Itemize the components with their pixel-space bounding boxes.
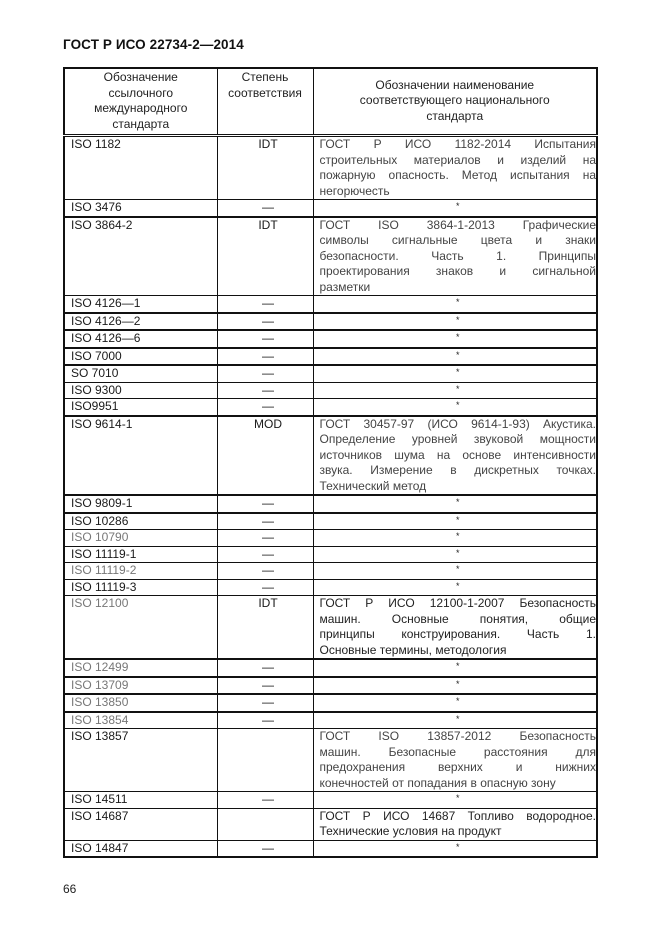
- degree-cell: —: [217, 313, 313, 331]
- reference-standard-cell: ISO 4126—6: [64, 330, 217, 348]
- col-header-degree: Степеньсоответствия: [217, 68, 313, 136]
- degree-cell: —: [217, 694, 313, 712]
- national-standard-line: ГОСТ Р ИСО 1182-2014 Испытания: [320, 137, 597, 153]
- table-row: ISO 12499—*: [64, 659, 597, 677]
- header-line: международного: [67, 101, 215, 117]
- reference-standard-cell: ISO 12499: [64, 659, 217, 677]
- national-standard-line: конечностей от попадания в опасную зону: [320, 776, 597, 792]
- degree-cell: —: [217, 677, 313, 695]
- table-row: ISO 14511—*: [64, 792, 597, 809]
- degree-cell: [217, 729, 313, 792]
- reference-standard-cell: ISO 3864-2: [64, 217, 217, 296]
- national-standard-cell: *: [313, 712, 597, 729]
- table-row: ISO 4126—1—*: [64, 296, 597, 313]
- degree-cell: —: [217, 563, 313, 580]
- table-row: ISO 14847—*: [64, 840, 597, 857]
- table-header-row: Обозначениессылочногомеждународногостанд…: [64, 68, 597, 136]
- reference-standard-cell: ISO 13850: [64, 694, 217, 712]
- table-row: ISO 14687ГОСТ Р ИСО 14687 Топливо водоро…: [64, 808, 597, 840]
- national-standard-line: пожарную опасность. Метод испытания на: [320, 168, 597, 184]
- table-row: ISO 9614-1MODГОСТ 30457-97 (ИСО 9614-1-9…: [64, 416, 597, 496]
- national-standard-line: предохранения верхних и нижних: [320, 760, 597, 776]
- table-row: ISO 13854—*: [64, 712, 597, 729]
- national-standard-cell: *: [313, 694, 597, 712]
- table-row: ISO 11119-3—*: [64, 579, 597, 596]
- page-number: 66: [63, 882, 76, 896]
- reference-standard-cell: ISO 13854: [64, 712, 217, 729]
- national-standard-line: Технические условия на продукт: [320, 824, 597, 840]
- degree-cell: —: [217, 399, 313, 416]
- national-standard-cell: *: [313, 200, 597, 217]
- table-row: ISO9951—*: [64, 399, 597, 416]
- reference-standard-cell: ISO 10286: [64, 513, 217, 530]
- reference-standard-cell: ISO 4126—1: [64, 296, 217, 313]
- degree-cell: —: [217, 365, 313, 382]
- reference-standard-cell: ISO 9809-1: [64, 495, 217, 513]
- reference-standard-cell: ISO 14847: [64, 840, 217, 857]
- col-header-reference: Обозначениессылочногомеждународногостанд…: [64, 68, 217, 136]
- national-standard-cell: *: [313, 348, 597, 366]
- degree-cell: —: [217, 348, 313, 366]
- degree-cell: —: [217, 330, 313, 348]
- degree-cell: —: [217, 495, 313, 513]
- national-standard-cell: ГОСТ ISO 3864-1-2013 Графическиесимволы …: [313, 217, 597, 296]
- degree-cell: —: [217, 513, 313, 530]
- table-row: SO 7010—*: [64, 365, 597, 382]
- national-standard-cell: ГОСТ 30457-97 (ИСО 9614-1-93) Акустика.О…: [313, 416, 597, 496]
- national-standard-line: ГОСТ Р ИСО 14687 Топливо водородное.: [320, 809, 597, 825]
- national-standard-cell: *: [313, 659, 597, 677]
- reference-standard-cell: ISO 4126—2: [64, 313, 217, 331]
- national-standard-cell: *: [313, 513, 597, 530]
- header-line: стандарта: [67, 117, 215, 133]
- national-standard-cell: *: [313, 792, 597, 809]
- national-standard-cell: *: [313, 399, 597, 416]
- table-row: ISO 4126—6—*: [64, 330, 597, 348]
- national-standard-line: негорючесть: [320, 184, 597, 200]
- table-row: ISO 3864-2IDTГОСТ ISO 3864-1-2013 Графич…: [64, 217, 597, 296]
- reference-standard-cell: ISO 12100: [64, 596, 217, 660]
- national-standard-cell: *: [313, 546, 597, 563]
- national-standard-line: Определение уровней звуковой мощности: [320, 432, 597, 448]
- table-row: ISO 4126—2—*: [64, 313, 597, 331]
- national-standard-cell: ГОСТ Р ИСО 1182-2014 Испытаниястроительн…: [313, 136, 597, 200]
- degree-cell: —: [217, 792, 313, 809]
- table-row: ISO 13709—*: [64, 677, 597, 695]
- national-standard-line: источников шума на основе интенсивности: [320, 448, 597, 464]
- header-line: ссылочного: [67, 86, 215, 102]
- reference-standard-cell: ISO 14687: [64, 808, 217, 840]
- reference-standard-cell: ISO 7000: [64, 348, 217, 366]
- header-line: стандарта: [316, 109, 595, 125]
- table-body: ISO 1182IDTГОСТ Р ИСО 1182-2014 Испытани…: [64, 136, 597, 858]
- reference-standard-cell: ISO 10790: [64, 530, 217, 547]
- national-standard-cell: *: [313, 840, 597, 857]
- reference-standard-cell: ISO 11119-1: [64, 546, 217, 563]
- national-standard-line: разметки: [320, 280, 597, 296]
- degree-cell: IDT: [217, 136, 313, 200]
- reference-standard-cell: ISO 13709: [64, 677, 217, 695]
- reference-standard-cell: ISO 3476: [64, 200, 217, 217]
- header-line: Степень: [220, 70, 311, 86]
- reference-standard-cell: ISO 1182: [64, 136, 217, 200]
- header-line: Обозначении наименование: [316, 78, 595, 94]
- national-standard-line: проектирования знаков и сигнальной: [320, 264, 597, 280]
- national-standard-cell: *: [313, 563, 597, 580]
- reference-standard-cell: ISO 9614-1: [64, 416, 217, 496]
- table-row: ISO 9300—*: [64, 382, 597, 399]
- degree-cell: —: [217, 296, 313, 313]
- table-row: ISO 10286—*: [64, 513, 597, 530]
- national-standard-line: машин. Основные понятия, общие: [320, 612, 597, 628]
- degree-cell: —: [217, 546, 313, 563]
- national-standard-cell: *: [313, 677, 597, 695]
- national-standard-line: ГОСТ 30457-97 (ИСО 9614-1-93) Акустика.: [320, 417, 597, 433]
- table-row: ISO 13857ГОСТ ISO 13857-2012 Безопасност…: [64, 729, 597, 792]
- document-title: ГОСТ Р ИСО 22734-2—2014: [63, 37, 244, 52]
- reference-standard-cell: ISO 11119-3: [64, 579, 217, 596]
- table-row: ISO 3476—*: [64, 200, 597, 217]
- header-line: соответствия: [220, 86, 311, 102]
- reference-standard-cell: SO 7010: [64, 365, 217, 382]
- degree-cell: —: [217, 530, 313, 547]
- national-standard-line: Технический метод: [320, 479, 597, 495]
- reference-standard-cell: ISO9951: [64, 399, 217, 416]
- national-standard-line: звука. Измерение в дискретных точках.: [320, 463, 597, 479]
- table-row: ISO 1182IDTГОСТ Р ИСО 1182-2014 Испытани…: [64, 136, 597, 200]
- national-standard-line: символы сигнальные цвета и знаки: [320, 233, 597, 249]
- reference-standard-cell: ISO 11119-2: [64, 563, 217, 580]
- reference-standard-cell: ISO 14511: [64, 792, 217, 809]
- degree-cell: —: [217, 840, 313, 857]
- national-standard-cell: ГОСТ ISO 13857-2012 Безопасностьмашин. Б…: [313, 729, 597, 792]
- reference-standard-cell: ISO 13857: [64, 729, 217, 792]
- table-row: ISO 7000—*: [64, 348, 597, 366]
- national-standard-cell: *: [313, 365, 597, 382]
- national-standard-cell: *: [313, 579, 597, 596]
- table-row: ISO 12100IDT ГОСТ Р ИСО 12100-1-2007 Без…: [64, 596, 597, 660]
- national-standard-cell: *: [313, 495, 597, 513]
- national-standard-line: ГОСТ ISO 3864-1-2013 Графические: [320, 218, 597, 234]
- national-standard-cell: *: [313, 330, 597, 348]
- table-row: ISO 10790—*: [64, 530, 597, 547]
- header-line: соответствующего национального: [316, 93, 595, 109]
- degree-cell: IDT: [217, 596, 313, 660]
- degree-cell: —: [217, 712, 313, 729]
- national-standard-line: принципы конструирования. Часть 1.: [320, 627, 597, 643]
- degree-cell: [217, 808, 313, 840]
- references-table: Обозначениессылочногомеждународногостанд…: [63, 67, 598, 858]
- degree-cell: —: [217, 659, 313, 677]
- degree-cell: MOD: [217, 416, 313, 496]
- national-standard-cell: ГОСТ Р ИСО 12100-1-2007 Безопасностьмаши…: [313, 596, 597, 660]
- table-row: ISO 11119-1—*: [64, 546, 597, 563]
- national-standard-line: строительных материалов и изделий на: [320, 153, 597, 169]
- degree-cell: IDT: [217, 217, 313, 296]
- degree-cell: —: [217, 579, 313, 596]
- national-standard-cell: *: [313, 530, 597, 547]
- col-header-national: Обозначении наименованиесоответствующего…: [313, 68, 597, 136]
- degree-cell: —: [217, 382, 313, 399]
- national-standard-line: ГОСТ Р ИСО 12100-1-2007 Безопасность: [320, 596, 597, 612]
- national-standard-cell: *: [313, 296, 597, 313]
- national-standard-line: машин. Безопасные расстояния для: [320, 745, 597, 761]
- national-standard-cell: *: [313, 382, 597, 399]
- national-standard-line: безопасности. Часть 1. Принципы: [320, 249, 597, 265]
- table-row: ISO 13850—*: [64, 694, 597, 712]
- national-standard-line: Основные термины, методология: [320, 643, 597, 659]
- degree-cell: —: [217, 200, 313, 217]
- header-line: Обозначение: [67, 70, 215, 86]
- national-standard-line: ГОСТ ISO 13857-2012 Безопасность: [320, 729, 597, 745]
- table-row: ISO 9809-1—*: [64, 495, 597, 513]
- reference-standard-cell: ISO 9300: [64, 382, 217, 399]
- national-standard-cell: *: [313, 313, 597, 331]
- table-row: ISO 11119-2—*: [64, 563, 597, 580]
- national-standard-cell: ГОСТ Р ИСО 14687 Топливо водородное.Техн…: [313, 808, 597, 840]
